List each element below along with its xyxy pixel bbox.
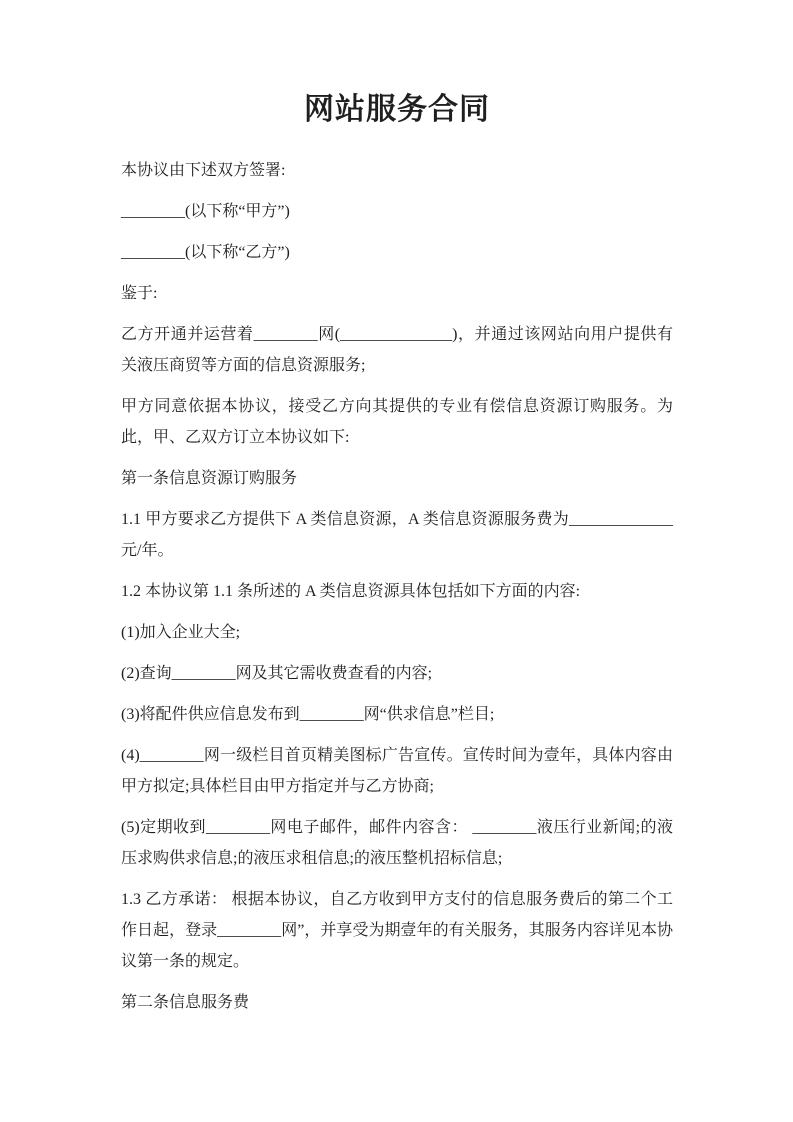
clause-1-2-item-2: (2)查询________网及其它需收费查看的内容; — [121, 658, 673, 689]
clause-1-1: 1.1 甲方要求乙方提供下 A 类信息资源，A 类信息资源服务费为_______… — [121, 504, 673, 566]
recital-party-a-agreement: 甲方同意依据本协议，接受乙方向其提供的专业有偿信息资源订购服务。为此，甲、乙双方… — [121, 391, 673, 453]
clause-1-3: 1.3 乙方承诺： 根据本协议，自乙方收到甲方支付的信息服务费后的第二个工作日起… — [121, 884, 673, 977]
clause-1-2-item-5: (5)定期收到________网电子邮件，邮件内容含： ________液压行业… — [121, 812, 673, 874]
clause-1-2-item-1: (1)加入企业大全; — [121, 617, 673, 648]
clause-1-2-item-3: (3)将配件供应信息发布到________网“供求信息”栏目; — [121, 699, 673, 730]
clause-1-2-item-4: (4)________网一级栏目首页精美图标广告宣传。宣传时间为壹年，具体内容由… — [121, 740, 673, 802]
whereas-heading: 鉴于: — [121, 278, 673, 309]
party-signing-intro: 本协议由下述双方签署: — [121, 155, 673, 186]
party-b-blank-line: ________(以下称“乙方”) — [121, 237, 673, 268]
document-title: 网站服务合同 — [121, 93, 673, 127]
clause-2-heading: 第二条信息服务费 — [121, 987, 673, 1018]
document-page: 网站服务合同 本协议由下述双方签署: ________(以下称“甲方”) ___… — [0, 0, 793, 1122]
clause-1-2-intro: 1.2 本协议第 1.1 条所述的 A 类信息资源具体包括如下方面的内容: — [121, 576, 673, 607]
clause-1-heading: 第一条信息资源订购服务 — [121, 463, 673, 494]
party-a-blank-line: ________(以下称“甲方”) — [121, 196, 673, 227]
recital-party-b-website: 乙方开通并运营着________网(______________)，并通过该网站… — [121, 319, 673, 381]
